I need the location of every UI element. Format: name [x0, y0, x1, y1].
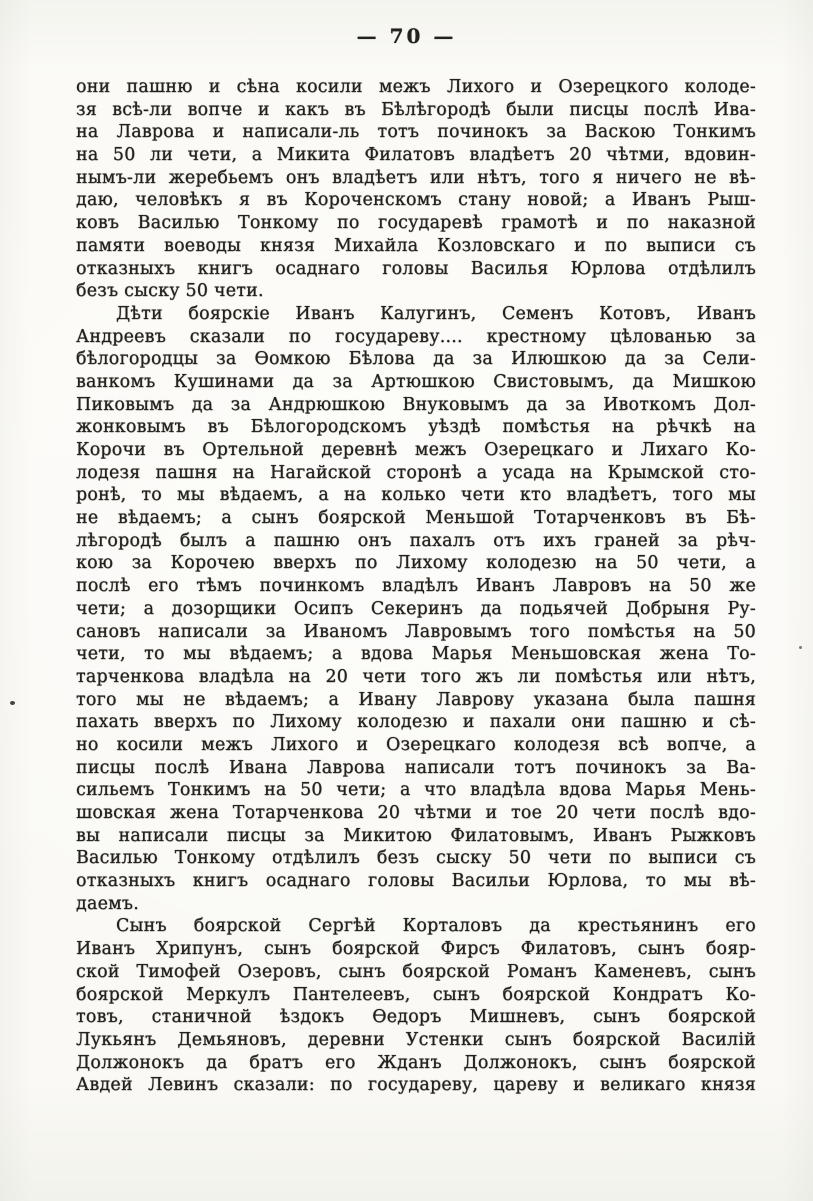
text-line: Иванъ Хрипунъ, сынъ боярской Фирсъ Филат… [76, 938, 756, 961]
page-number-label: — 70 — [357, 24, 457, 48]
text-line: пахать вверхъ по Лихому колодезю и пахал… [76, 711, 756, 734]
text-line: лодезя пашня на Нагайской сторонѣ а усад… [76, 462, 756, 485]
text-line: они пашню и сѣна косили межъ Лихого и Оз… [76, 76, 756, 99]
text-line: Сынъ боярской Сергѣй Корталовъ да кресть… [76, 915, 756, 938]
text-line: не вѣдаемъ; а сынъ боярской Меньшой Тота… [76, 507, 756, 530]
text-line: памяти воеводы князя Михайла Козловскаго… [76, 235, 756, 258]
text-line: лѣгородѣ былъ а пашню онъ пахалъ отъ ихъ… [76, 530, 756, 553]
text-line: чети, то мы вѣдаемъ; а вдова Марья Меньш… [76, 643, 756, 666]
text-line: сильемъ Тонкимъ на 50 чети; а что владѣл… [76, 779, 756, 802]
text-line: отказныхъ книгъ осаднаго головы Василья … [76, 258, 756, 281]
text-line: сановъ написали за Иваномъ Лавровымъ тог… [76, 621, 756, 644]
ink-speck [799, 646, 802, 649]
text-line: ванкомъ Кушинами да за Артюшкою Свистовы… [76, 371, 756, 394]
text-line: Андреевъ сказали по государеву.... крест… [76, 326, 756, 349]
text-line: ронѣ, то мы вѣдаемъ, а на колько чети кт… [76, 484, 756, 507]
text-line: Корочи въ Ортельной деревнѣ межъ Озерецк… [76, 439, 756, 462]
text-line: ковъ Василью Тонкому по государевѣ грамо… [76, 212, 756, 235]
text-line: вы написали писцы за Микитою Филатовымъ,… [76, 825, 756, 848]
text-line: на Лаврова и написали-ль тотъ починокъ з… [76, 121, 756, 144]
ink-speck [10, 701, 15, 705]
text-line: кою за Корочею вверхъ по Лихому колодезю… [76, 552, 756, 575]
text-line: бѣлогородцы за Ѳомкою Бѣлова да за Илюшк… [76, 348, 756, 371]
text-line: боярской Меркулъ Пантелеевъ, сынъ боярск… [76, 984, 756, 1007]
text-line: ской Тимофей Озеровъ, сынъ боярской Рома… [76, 961, 756, 984]
text-line: писцы послѣ Ивана Лаврова написали тотъ … [76, 757, 756, 780]
text-line: отказныхъ книгъ осаднаго головы Васильи … [76, 870, 756, 893]
scanned-book-page: — 70 — они пашню и сѣна косили межъ Лихо… [0, 0, 813, 1201]
text-line: Авдей Левинъ сказали: по государеву, цар… [76, 1074, 756, 1097]
text-line: товъ, станичной ѣздокъ Ѳедоръ Мишневъ, с… [76, 1006, 756, 1029]
text-line: тарченкова владѣла на 20 чети того жъ ли… [76, 666, 756, 689]
text-line: нымъ-ли жеребьемъ онъ владѣетъ или нѣтъ,… [76, 167, 756, 190]
text-line: Лукьянъ Демьяновъ, деревни Устенки сынъ … [76, 1029, 756, 1052]
text-line: Пиковымъ да за Андрюшкою Внуковымъ да за… [76, 394, 756, 417]
text-line: послѣ его тѣмъ починкомъ владѣлъ Иванъ Л… [76, 575, 756, 598]
text-line: на 50 ли чети, а Микита Филатовъ владѣет… [76, 144, 756, 167]
text-line: шовская жена Тотарченкова 20 чѣтми и тое… [76, 802, 756, 825]
text-line: Василью Тонкому отдѣлилъ безъ сыску 50 ч… [76, 847, 756, 870]
text-line: даемъ. [76, 893, 756, 916]
text-line: Должонокъ да братъ его Жданъ Должонокъ, … [76, 1052, 756, 1075]
text-line: безъ сыску 50 чети. [76, 280, 756, 303]
text-line: зя всѣ-ли вопче и какъ въ Бѣлѣгородѣ был… [76, 99, 756, 122]
text-line: Дѣти боярскіе Иванъ Калугинъ, Семенъ Кот… [76, 303, 756, 326]
text-line: жонковымъ въ Бѣлогородскомъ уѣздѣ помѣст… [76, 416, 756, 439]
text-block: они пашню и сѣна косили межъ Лихого и Оз… [76, 76, 756, 1097]
text-line: но косили межъ Лихого и Озерецкаго колод… [76, 734, 756, 757]
page-header: — 70 — [0, 24, 813, 48]
text-line: чети; а дозорщики Осипъ Секеринъ да подь… [76, 598, 756, 621]
text-line: того мы не вѣдаемъ; а Ивану Лаврову указ… [76, 689, 756, 712]
text-line: даю, человѣкъ я въ Короченскомъ стану но… [76, 189, 756, 212]
